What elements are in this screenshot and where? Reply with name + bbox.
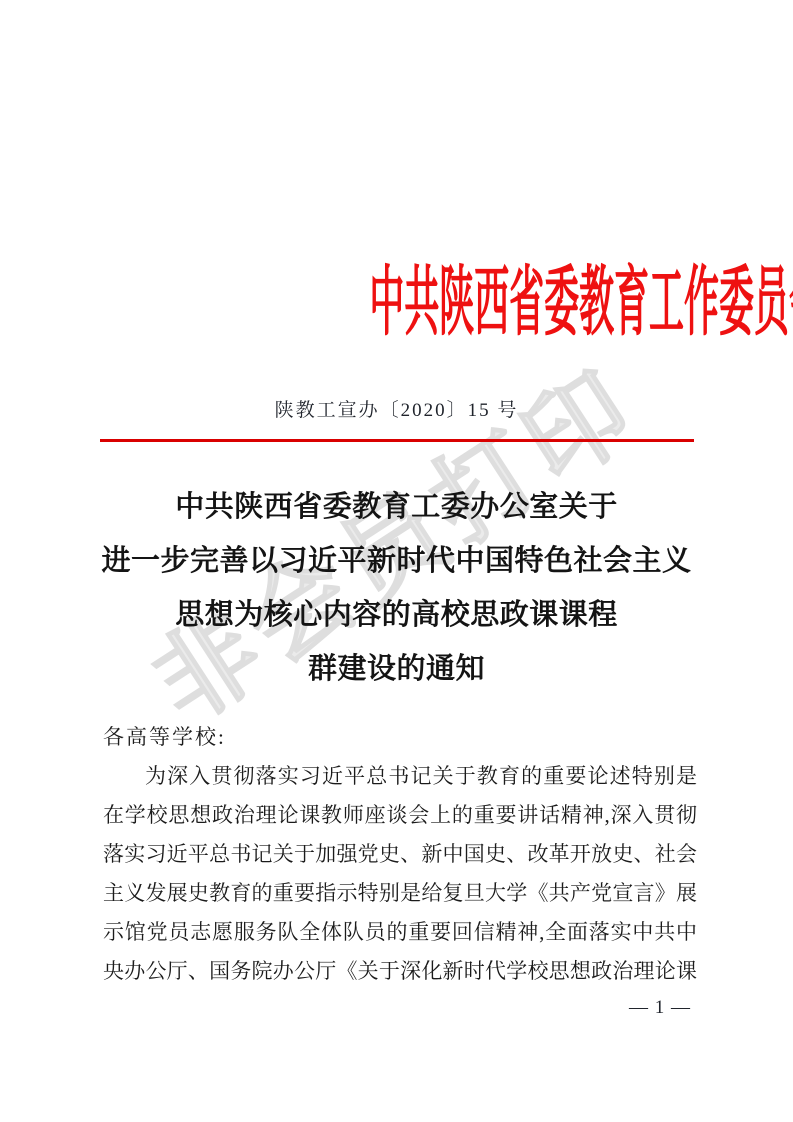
body-text-line: 示馆党员志愿服务队全体队员的重要回信精神,全面落实中共中: [103, 913, 697, 952]
document-page: 非会员打印 中共陕西省委教育工作委员会办公室文件 陕教工宣办〔2020〕15 号…: [0, 0, 793, 1122]
document-body: 各高等学校: 为深入贯彻落实习近平总书记关于教育的重要论述特别是 在学校思想政治…: [103, 718, 697, 991]
body-text-line: 主义发展史教育的重要指示特别是给复旦大学《共产党宣言》展: [103, 874, 697, 913]
page-number: — 1 —: [103, 995, 691, 1021]
masthead-org-title: 中共陕西省委教育工作委员会办公室文件: [369, 262, 793, 344]
body-text-line: 落实习近平总书记关于加强党史、新中国史、改革开放史、社会: [103, 835, 697, 874]
document-title-line: 进一步完善以习近平新时代中国特色社会主义: [60, 534, 733, 588]
document-title-line: 思想为核心内容的高校思政课课程: [60, 588, 733, 642]
document-masthead: 中共陕西省委教育工作委员会办公室文件: [0, 262, 793, 344]
salutation-line: 各高等学校:: [103, 718, 697, 757]
document-title-line: 中共陕西省委教育工委办公室关于: [60, 480, 733, 534]
body-text-line: 在学校思想政治理论课教师座谈会上的重要讲话精神,深入贯彻: [103, 796, 697, 835]
document-number: 陕教工宣办〔2020〕15 号: [0, 398, 793, 424]
body-text-line: 为深入贯彻落实习近平总书记关于教育的重要论述特别是: [103, 757, 697, 796]
red-divider-line: [100, 439, 694, 442]
document-title: 中共陕西省委教育工委办公室关于 进一步完善以习近平新时代中国特色社会主义 思想为…: [60, 480, 733, 696]
body-text-line: 央办公厅、国务院办公厅《关于深化新时代学校思想政治理论课: [103, 952, 697, 991]
document-title-line: 群建设的通知: [60, 642, 733, 696]
